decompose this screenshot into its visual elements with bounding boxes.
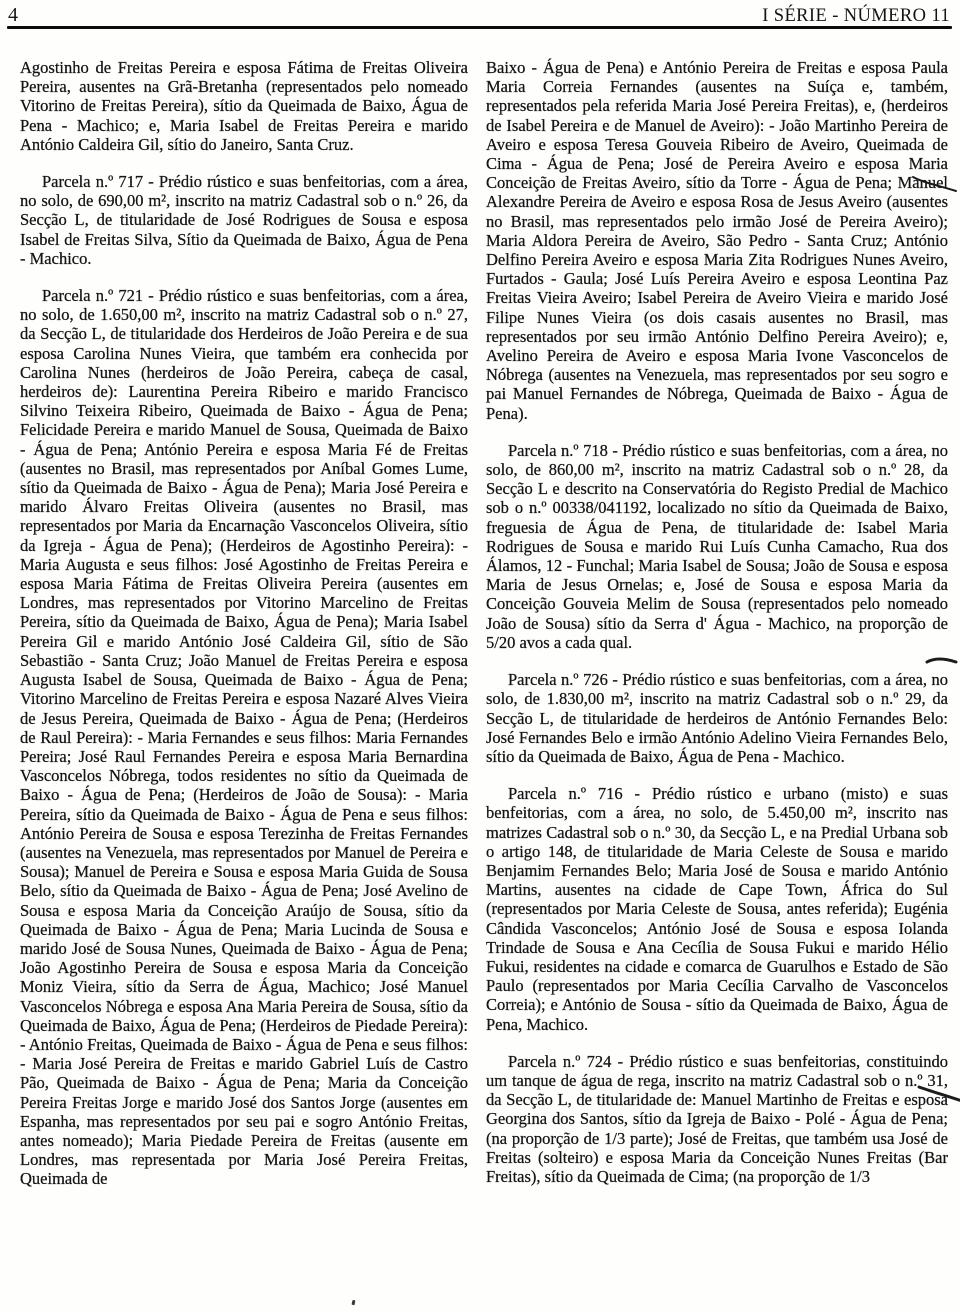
paragraph-parcela-718: Parcela n.º 718 - Prédio rústico e suas … <box>486 441 948 652</box>
paragraph-continuation: Agostinho de Freitas Pereira e esposa Fá… <box>20 58 468 154</box>
paragraph-continuation: Baixo - Água de Pena) e António Pereira … <box>486 58 948 423</box>
left-column: Agostinho de Freitas Pereira e esposa Fá… <box>20 58 468 1189</box>
issue-label: I SÉRIE - NÚMERO 11 <box>762 6 950 27</box>
scan-artifact <box>352 1300 356 1306</box>
right-column: Baixo - Água de Pena) e António Pereira … <box>486 58 948 1189</box>
paragraph-parcela-717: Parcela n.º 717 - Prédio rústico e suas … <box>20 172 468 268</box>
page-number: 4 <box>8 4 18 27</box>
paragraph-parcela-721: Parcela n.º 721 - Prédio rústico e suas … <box>20 286 468 1189</box>
paragraph-parcela-726: Parcela n.º 726 - Prédio rústico e suas … <box>486 670 948 766</box>
paragraph-parcela-716: Parcela n.º 716 - Prédio rústico e urban… <box>486 784 948 1034</box>
paragraph-parcela-724: Parcela n.º 724 - Prédio rústico e suas … <box>486 1052 948 1186</box>
header-rule <box>7 26 952 29</box>
document-page: 4 I SÉRIE - NÚMERO 11 Agostinho de Freit… <box>0 0 960 1314</box>
two-column-text: Agostinho de Freitas Pereira e esposa Fá… <box>20 58 948 1189</box>
